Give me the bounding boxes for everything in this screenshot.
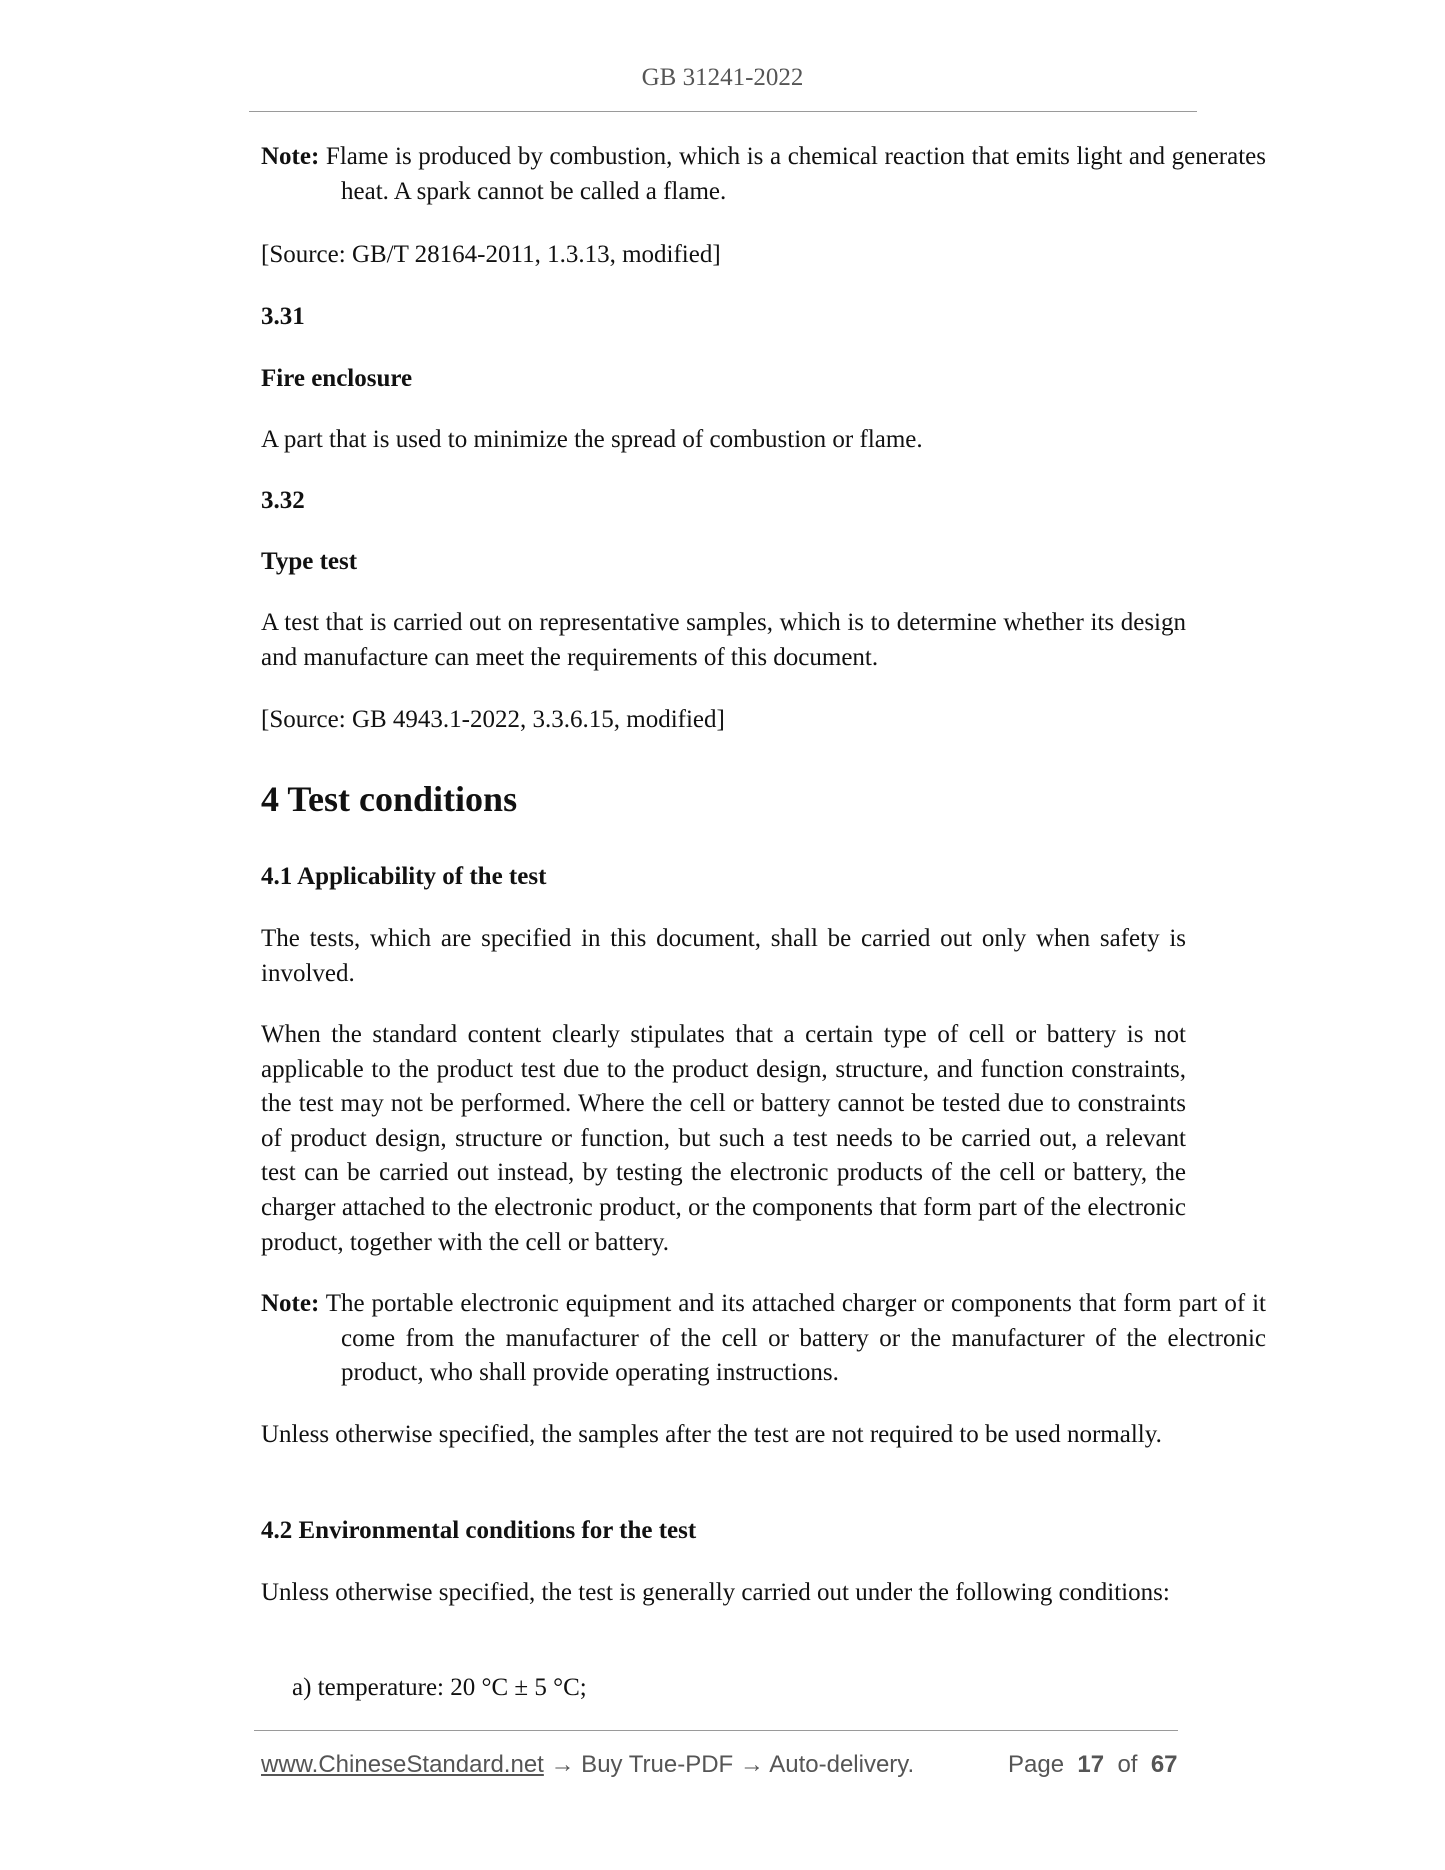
paragraph-standard-content: When the standard content clearly stipul… (261, 1018, 1186, 1260)
definition-type-test: A test that is carried out on representa… (261, 606, 1186, 675)
page-label: Page (1008, 1751, 1064, 1778)
source-reference: [Source: GB/T 28164-2011, 1.3.13, modifi… (261, 238, 1186, 273)
subsection-heading-4-2: 4.2 Environmental conditions for the tes… (261, 1514, 1186, 1549)
page-current: 17 (1077, 1751, 1104, 1778)
page-total: 67 (1151, 1751, 1178, 1778)
subsection-heading-4-1: 4.1 Applicability of the test (261, 860, 1186, 895)
note-portable-equipment: Note: The portable electronic equipment … (261, 1287, 1266, 1391)
page-indicator: Page 17 of 67 (1008, 1751, 1178, 1779)
footer-promo-text: → Buy True-PDF → Auto-delivery. (544, 1751, 914, 1778)
list-item-temperature: a) temperature: 20 °C ± 5 °C; (261, 1671, 1217, 1706)
note-label: Note: (261, 143, 319, 170)
header-document-id: GB 31241-2022 (0, 64, 1445, 92)
header-rule (249, 111, 1197, 112)
note-text: Flame is produced by combustion, which i… (319, 143, 1266, 205)
paragraph-env-conditions: Unless otherwise specified, the test is … (261, 1576, 1186, 1611)
term-fire-enclosure: Fire enclosure (261, 362, 1186, 397)
of-label: of (1117, 1751, 1137, 1778)
footer-rule (254, 1730, 1178, 1731)
definition-fire-enclosure: A part that is used to minimize the spre… (261, 423, 1186, 458)
note-flame: Note: Flame is produced by combustion, w… (261, 140, 1266, 209)
term-type-test: Type test (261, 545, 1186, 580)
section-heading-4: 4 Test conditions (261, 777, 1186, 821)
note-label: Note: (261, 1290, 319, 1317)
footer-promo: www.ChineseStandard.net → Buy True-PDF →… (261, 1751, 914, 1779)
paragraph-samples: Unless otherwise specified, the samples … (261, 1418, 1186, 1453)
note-text: The portable electronic equipment and it… (319, 1290, 1266, 1386)
clause-number-3-31: 3.31 (261, 300, 1186, 335)
clause-number-3-32: 3.32 (261, 484, 1186, 519)
paragraph-applicability: The tests, which are specified in this d… (261, 922, 1186, 991)
footer-website-link[interactable]: www.ChineseStandard.net (261, 1751, 544, 1778)
source-reference-type-test: [Source: GB 4943.1-2022, 3.3.6.15, modif… (261, 703, 1186, 738)
